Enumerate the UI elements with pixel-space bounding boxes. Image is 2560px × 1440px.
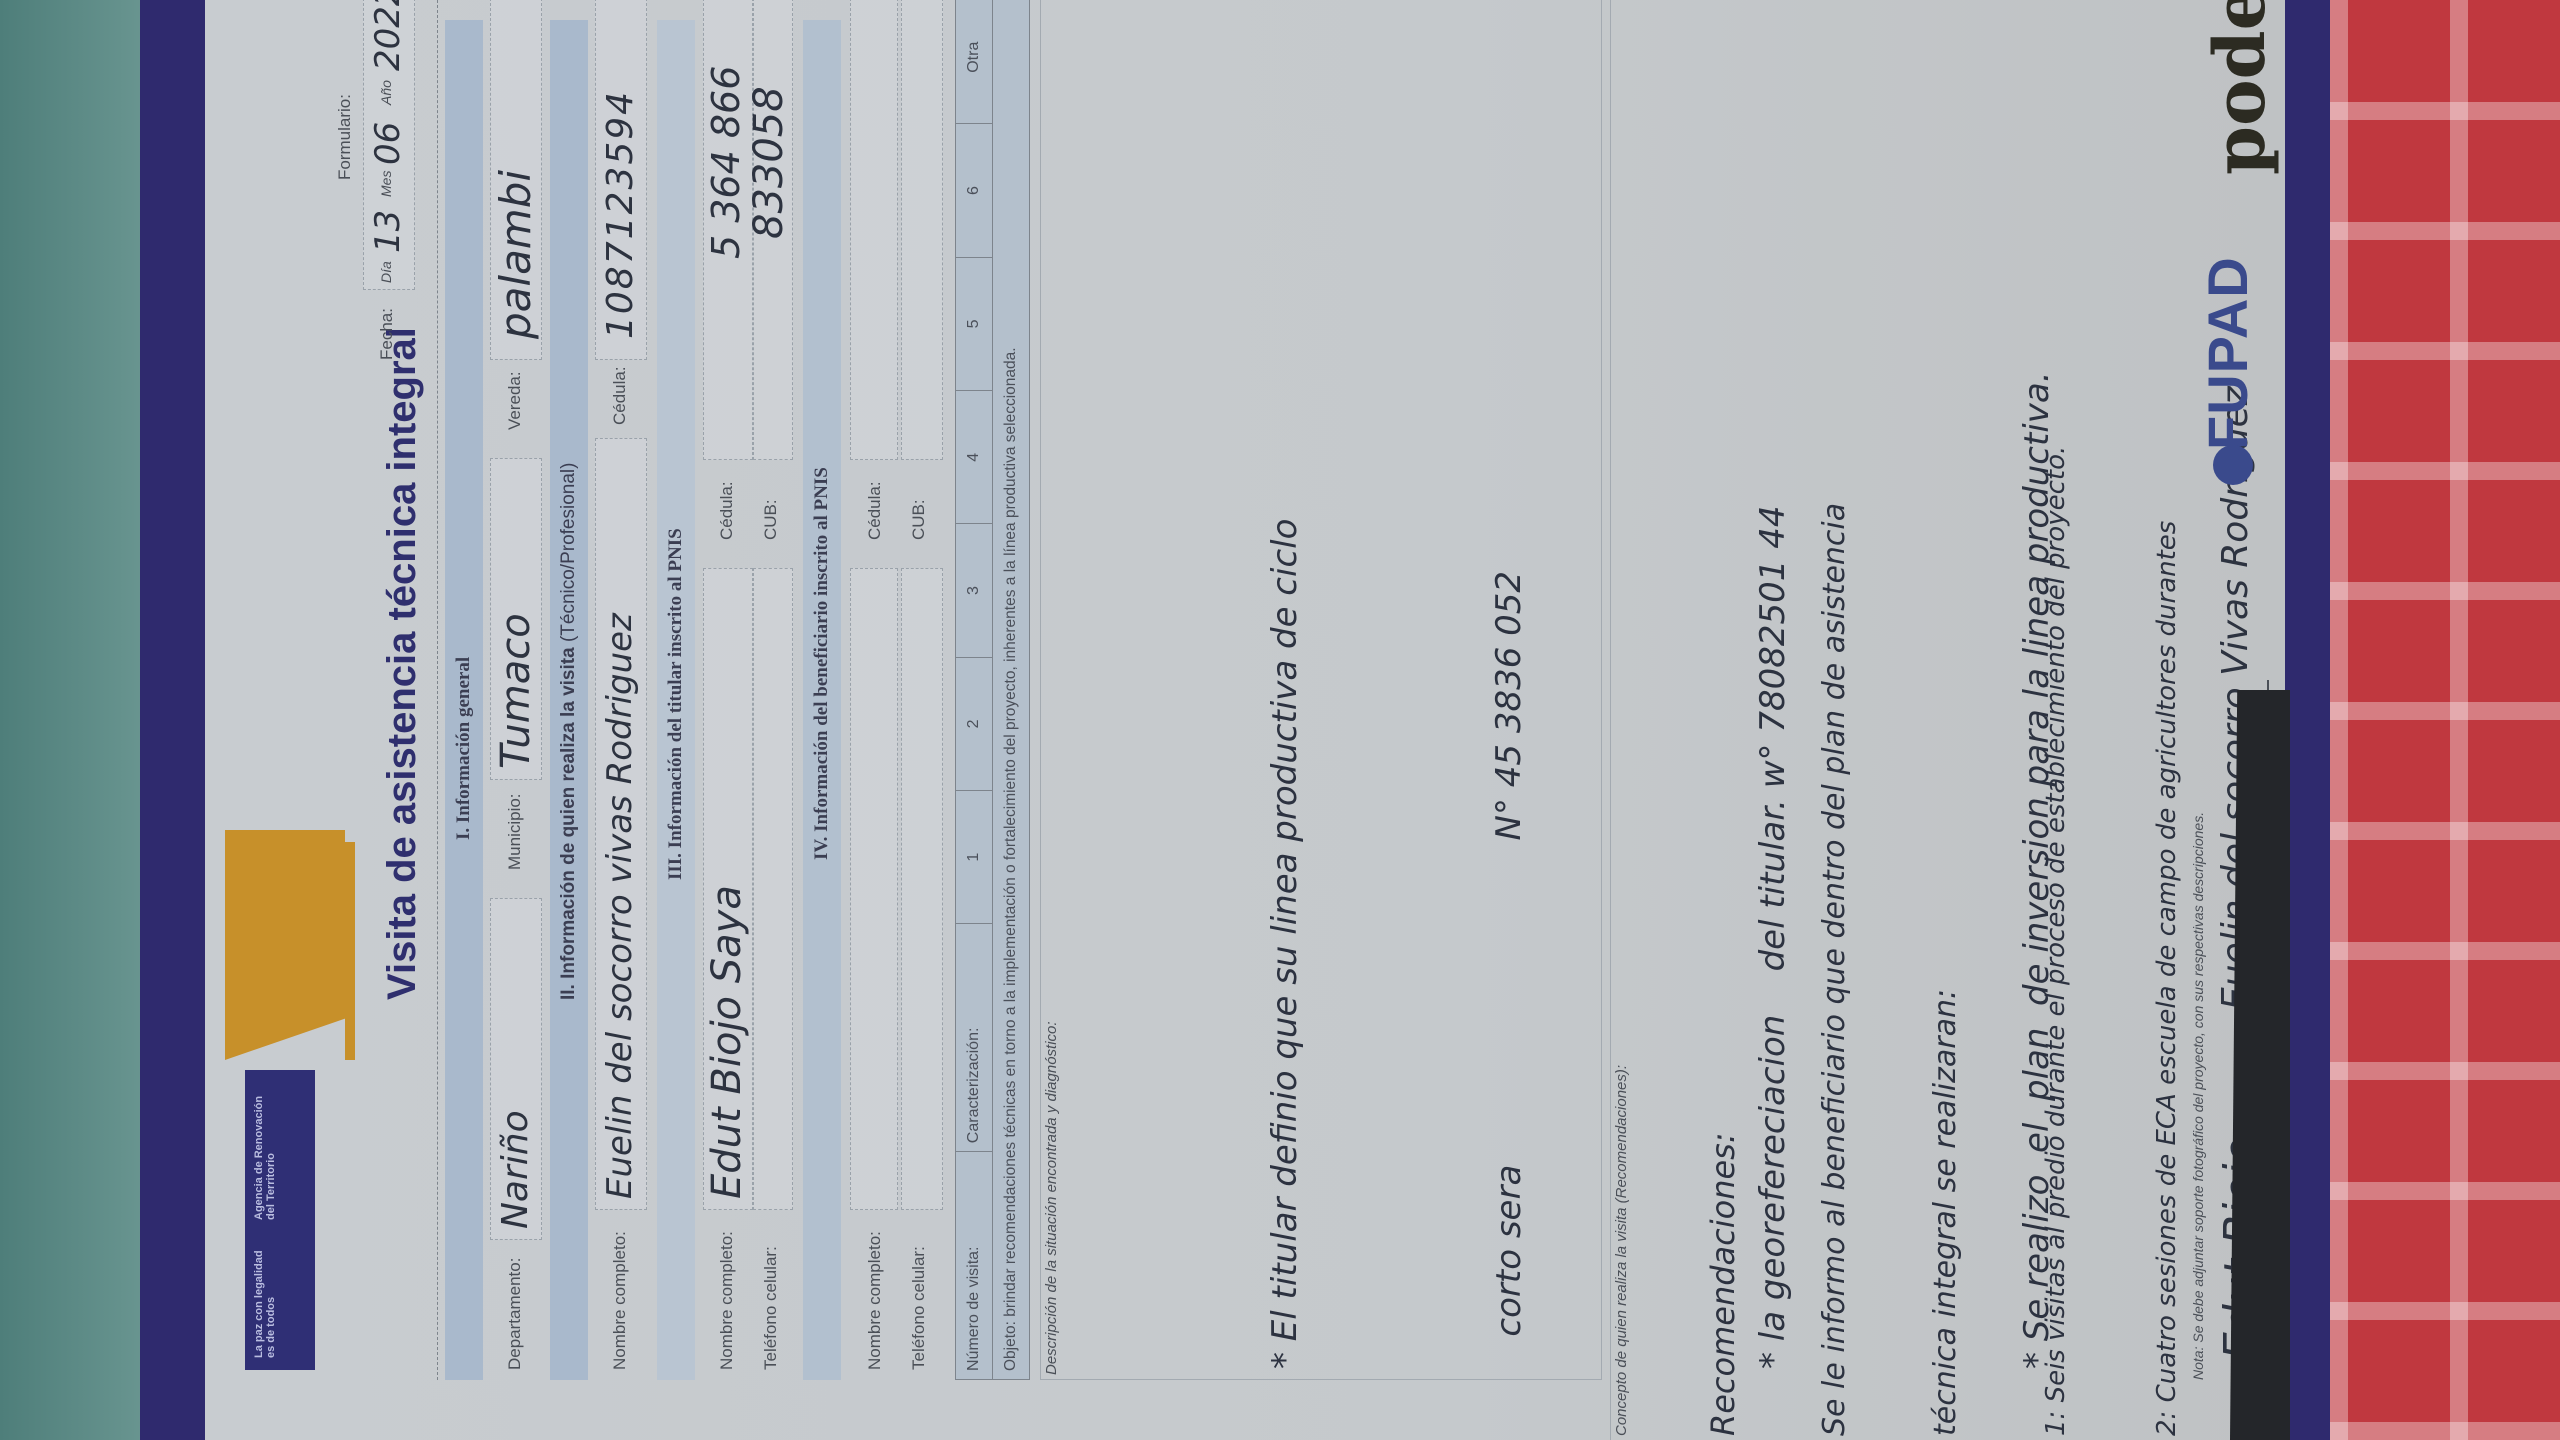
titular-cub-label: CUB:	[761, 499, 781, 540]
tecnico-nombre-label: Nombre completo:	[610, 1231, 630, 1370]
objeto-row: Objeto: brindar recomendaciones técnicas…	[993, 0, 1030, 1380]
visit-1-cell[interactable]: 1	[956, 791, 993, 924]
titular-telefono-label: Teléfono celular:	[761, 1246, 781, 1370]
titular-nombre-label: Nombre completo:	[717, 1231, 737, 1370]
concepto-line: 1: Seis visitas al predio durante el pro…	[2038, 369, 2075, 1436]
beneficiario-telefono-field[interactable]	[901, 568, 943, 1210]
beneficiario-nombre-label: Nombre completo:	[865, 1231, 885, 1370]
departamento-value: Nariño	[495, 1110, 536, 1229]
nota-text: Nota: Se debe adjuntar soporte fotográfi…	[2190, 812, 2206, 1380]
departamento-field[interactable]: Nariño	[490, 898, 542, 1240]
podet-logo: podet	[2200, 55, 2290, 175]
date-field[interactable]: Día 13 Mes 06 Año 2022	[363, 0, 415, 290]
tecnico-nombre-value: Euelin del socorro vivas Rodriguez	[600, 613, 640, 1199]
tecnico-nombre-field[interactable]: Euelin del socorro vivas Rodriguez	[595, 438, 647, 1210]
titular-telefono-field[interactable]	[753, 568, 793, 1210]
tecnico-cedula-field[interactable]: 1087123594	[595, 0, 647, 360]
concepto-box[interactable]: Concepto de quien realiza la visita (Rec…	[1610, 0, 2171, 1440]
beneficiario-nombre-field[interactable]	[850, 568, 898, 1210]
dia-value: 13	[368, 210, 408, 253]
titular-cedula-label: Cédula:	[717, 481, 737, 540]
mes-label: Mes	[378, 171, 394, 197]
globe-icon	[2213, 445, 2253, 485]
concepto-line: Recomendaciones:	[1705, 369, 1742, 1436]
anio-label: Año	[378, 80, 394, 105]
vereda-value: palambi	[491, 170, 540, 339]
titular-nombre-value: Edut Biojo Saya	[704, 885, 750, 1199]
dia-label: Día	[378, 261, 394, 283]
vereda-label: Vereda:	[505, 371, 525, 430]
visit-otra-cell[interactable]: Otra	[956, 0, 993, 124]
numero-visita-label: Número de visita:	[956, 1152, 993, 1380]
concepto-line: Se le informo al beneficiario que dentro…	[1816, 369, 1853, 1436]
mes-value: 06	[368, 122, 408, 165]
section2-title: II. Información de quien realiza la visi…	[558, 463, 580, 1000]
form-sheet: La paz con legalidad es de todos Agencia…	[205, 0, 2285, 1440]
footer-dark-band	[2230, 690, 2290, 1440]
visit-2-cell[interactable]: 2	[956, 657, 993, 790]
titular-nombre-field[interactable]: Edut Biojo Saya	[703, 568, 753, 1210]
agency-logo: La paz con legalidad es de todos Agencia…	[245, 1070, 315, 1370]
titular-cedula-value: 5 364 866	[704, 66, 748, 259]
concepto-text: Recomendaciones: Se le informo al benefi…	[1631, 369, 2285, 1436]
objeto-text: Objeto: brindar recomendaciones técnicas…	[993, 0, 1030, 1380]
form-title: Visita de asistencia técnica integral	[380, 327, 425, 1000]
beneficiario-telefono-label: Teléfono celular:	[909, 1246, 929, 1370]
section2-title-suffix: (Técnico/Profesional)	[558, 463, 579, 643]
tecnico-cedula-label: Cédula:	[610, 366, 630, 425]
titular-cub-field[interactable]: 833058	[753, 0, 793, 460]
visit-number-table: Número de visita: Caracterización: 1 2 3…	[955, 0, 1030, 1380]
visit-5-cell[interactable]: 5	[956, 257, 993, 390]
title-divider	[437, 0, 438, 1380]
beneficiario-cedula-field[interactable]	[850, 0, 898, 460]
gold-stripe-icon	[345, 842, 355, 1060]
concepto-line: técnica integral se realizaran:	[1927, 369, 1964, 1436]
visit-3-cell[interactable]: 3	[956, 524, 993, 657]
gold-emblem-icon	[225, 830, 345, 1060]
municipio-value: Tumaco	[493, 613, 539, 769]
formulario-label: Formulario:	[335, 94, 355, 180]
descripcion-line: corto sera N° 45 3836 052	[1465, 371, 1553, 1369]
beneficiario-cub-field[interactable]	[901, 0, 943, 460]
descripcion-line: * El titular definio que su linea produc…	[1241, 371, 1329, 1369]
section1-title: I. Información general	[453, 657, 475, 840]
fupad-logo: FUPAD	[2195, 250, 2265, 450]
caracterizacion-cell[interactable]: Caracterización:	[956, 924, 993, 1152]
descripcion-box[interactable]: Descripción de la situación encontrada y…	[1040, 0, 1602, 1380]
beneficiario-cub-label: CUB:	[909, 499, 929, 540]
municipio-field[interactable]: Tumaco	[490, 458, 542, 780]
titular-cub-value: 833058	[746, 86, 792, 239]
municipio-label: Municipio:	[505, 793, 525, 870]
visit-6-cell[interactable]: 6	[956, 124, 993, 257]
section2-title-main: II. Información de quien realiza la visi…	[558, 647, 579, 1000]
vereda-field[interactable]: palambi	[490, 0, 542, 360]
concepto-label: Concepto de quien realiza la visita (Rec…	[1613, 1065, 1630, 1436]
fupad-logo-text: FUPAD	[2195, 256, 2260, 450]
descripcion-label: Descripción de la situación encontrada y…	[1043, 1021, 1060, 1375]
agency-logo-right-text: Agencia de Renovación del Territorio	[253, 1080, 277, 1220]
section3-title: III. Información del titular inscrito al…	[665, 528, 687, 880]
section4-title: IV. Información del beneficiario inscrit…	[811, 467, 833, 860]
visit-number-row: Número de visita: Caracterización: 1 2 3…	[956, 0, 993, 1380]
agency-logo-left-text: La paz con legalidad es de todos	[253, 1238, 277, 1358]
podet-logo-text: podet	[2200, 0, 2280, 175]
concepto-line: 2: Cuatro sesiones de ECA escuela de cam…	[2149, 369, 2186, 1436]
tecnico-cedula-value: 1087123594	[600, 90, 641, 339]
beneficiario-cedula-label: Cédula:	[865, 481, 885, 540]
departamento-label: Departamento:	[505, 1258, 525, 1370]
fecha-label: Fecha:	[377, 308, 397, 360]
form-photo: La paz con legalidad es de todos Agencia…	[205, 0, 2285, 1440]
background-table-surface	[0, 0, 150, 1440]
background-checkered-cloth	[2330, 0, 2560, 1440]
background-binder-edge	[140, 0, 210, 1440]
anio-value: 2022	[368, 0, 408, 71]
visit-4-cell[interactable]: 4	[956, 391, 993, 524]
